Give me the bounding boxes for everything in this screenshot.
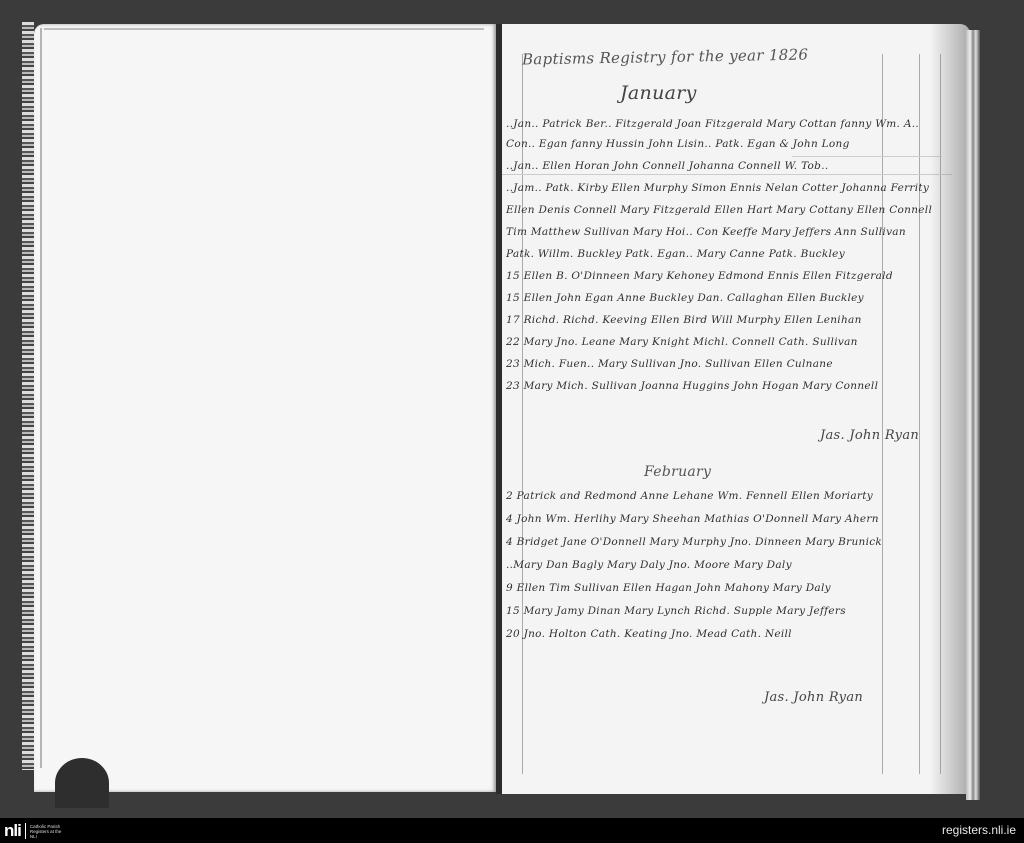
register-entry: 22 Mary Jno. Leane Mary Knight Michl. Co… [506,336,858,348]
nli-logo-mark: nli [4,821,21,841]
register-entry: Tim Matthew Sullivan Mary Hoi.. Con Keef… [506,226,906,238]
register-title: Baptisms Registry for the year 1826 [522,46,809,69]
row-rule [502,174,952,175]
register-entry: 15 Ellen B. O'Dinneen Mary Kehoney Edmon… [506,270,893,282]
register-entry: ..Jan.. Patrick Ber.. Fitzgerald Joan Fi… [506,118,919,130]
register-entry: 2 Patrick and Redmond Anne Lehane Wm. Fe… [506,490,873,502]
register-entry: 15 Ellen John Egan Anne Buckley Dan. Cal… [506,292,864,304]
month-heading-february: February [644,464,711,480]
column-rule [919,54,920,774]
priest-signature: Jas. John Ryan [820,428,919,443]
priest-signature: Jas. John Ryan [764,690,863,705]
register-entry: Con.. Egan fanny Hussin John Lisin.. Pat… [506,138,850,150]
register-entry: 15 Mary Jamy Dinan Mary Lynch Richd. Sup… [506,605,846,617]
footer-bar: nli Catholic Parish Registers at the NLI… [0,818,1024,843]
site-link[interactable]: registers.nli.ie [942,823,1016,837]
register-entry: 4 John Wm. Herlihy Mary Sheehan Mathias … [506,513,879,525]
page-edges [966,30,980,800]
left-top-rule [44,28,484,30]
image-viewer[interactable]: Baptisms Registry for the year 1826 Janu… [0,0,1024,818]
month-heading-january: January [620,82,697,104]
left-page-blank [34,24,496,792]
register-entry: ..Jan.. Ellen Horan John Connell Johanna… [506,160,828,172]
register-entry: 9 Ellen Tim Sullivan Ellen Hagan John Ma… [506,582,831,594]
nli-logo[interactable]: nli Catholic Parish Registers at the NLI [4,822,64,840]
register-entry: 23 Mary Mich. Sullivan Joanna Huggins Jo… [506,380,878,392]
binding-edge [22,22,34,770]
register-entry: ..Mary Dan Bagly Mary Daly Jno. Moore Ma… [506,559,792,571]
register-entry: ..Jam.. Patk. Kirby Ellen Murphy Simon E… [506,182,929,194]
register-entry: Ellen Denis Connell Mary Fitzgerald Elle… [506,204,932,216]
column-rule [882,54,883,774]
thumb-shadow [55,758,109,808]
register-entry: 17 Richd. Richd. Keeving Ellen Bird Will… [506,314,862,326]
register-entry: 20 Jno. Holton Cath. Keating Jno. Mead C… [506,628,792,640]
register-entry: 23 Mich. Fuen.. Mary Sullivan Jno. Sulli… [506,358,833,370]
row-rule [792,156,942,157]
right-page: Baptisms Registry for the year 1826 Janu… [502,24,970,794]
page-shadow [930,24,970,794]
nli-logo-text: Catholic Parish Registers at the NLI [30,824,64,839]
logo-divider [25,823,26,839]
left-margin-rule [40,28,42,768]
register-entry: Patk. Willm. Buckley Patk. Egan.. Mary C… [506,248,845,260]
register-entry: 4 Bridget Jane O'Donnell Mary Murphy Jno… [506,536,882,548]
